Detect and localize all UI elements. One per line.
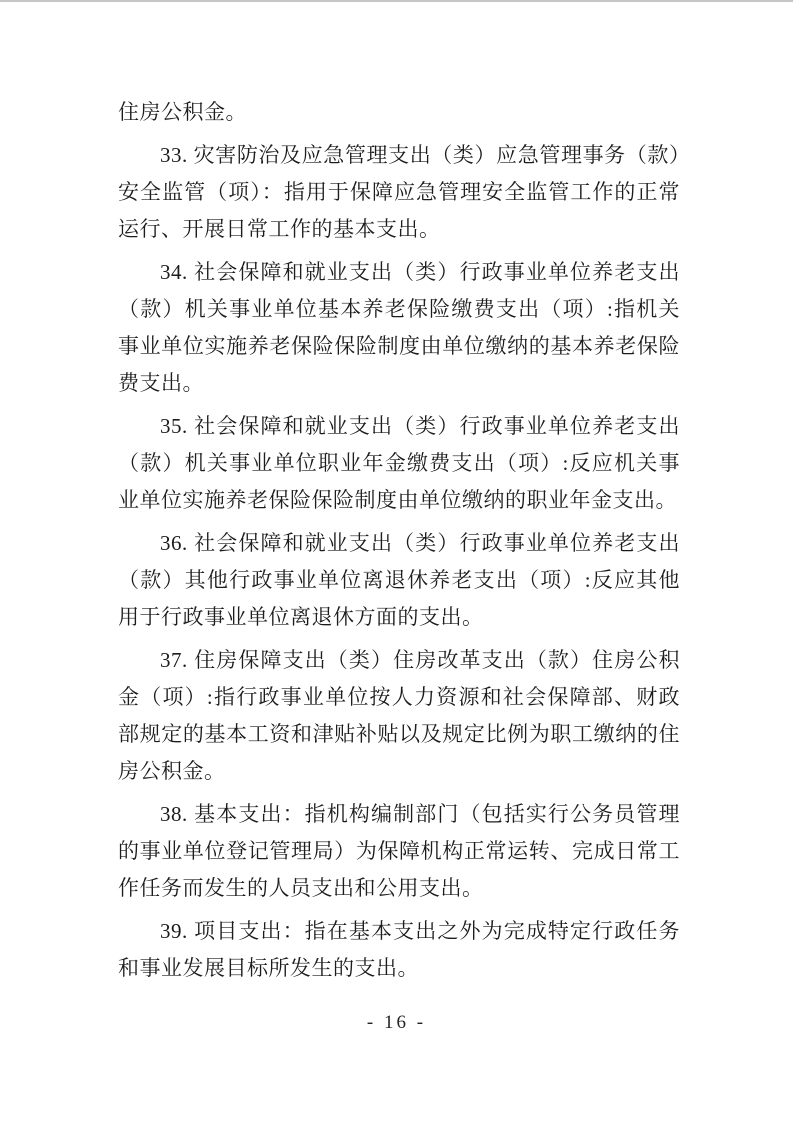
paragraph: 住房公积金。	[118, 94, 680, 131]
paragraph: 34. 社会保障和就业支出（类）行政事业单位养老支出（款）机关事业单位基本养老保…	[118, 254, 680, 402]
page-footer: - 16 -	[0, 1012, 793, 1034]
paragraph: 36. 社会保障和就业支出（类）行政事业单位养老支出（款）其他行政事业单位离退休…	[118, 525, 680, 636]
scanned-document-page: { "page": { "background_color": "#ffffff…	[0, 0, 793, 1122]
document-body: 住房公积金。33. 灾害防治及应急管理支出（类）应急管理事务（款）安全监管（项）…	[118, 94, 680, 987]
paragraph: 35. 社会保障和就业支出（类）行政事业单位养老支出（款）机关事业单位职业年金缴…	[118, 408, 680, 519]
paragraph: 39. 项目支出：指在基本支出之外为完成特定行政任务和事业发展目标所发生的支出。	[118, 913, 680, 987]
page-number: - 16 -	[367, 1012, 426, 1033]
paragraph: 37. 住房保障支出（类）住房改革支出（款）住房公积金（项）:指行政事业单位按人…	[118, 642, 680, 790]
paragraph: 38. 基本支出：指机构编制部门（包括实行公务员管理的事业单位登记管理局）为保障…	[118, 796, 680, 907]
paragraph: 33. 灾害防治及应急管理支出（类）应急管理事务（款）安全监管（项）：指用于保障…	[118, 137, 680, 248]
scan-artifact-top-edge	[0, 0, 793, 2]
